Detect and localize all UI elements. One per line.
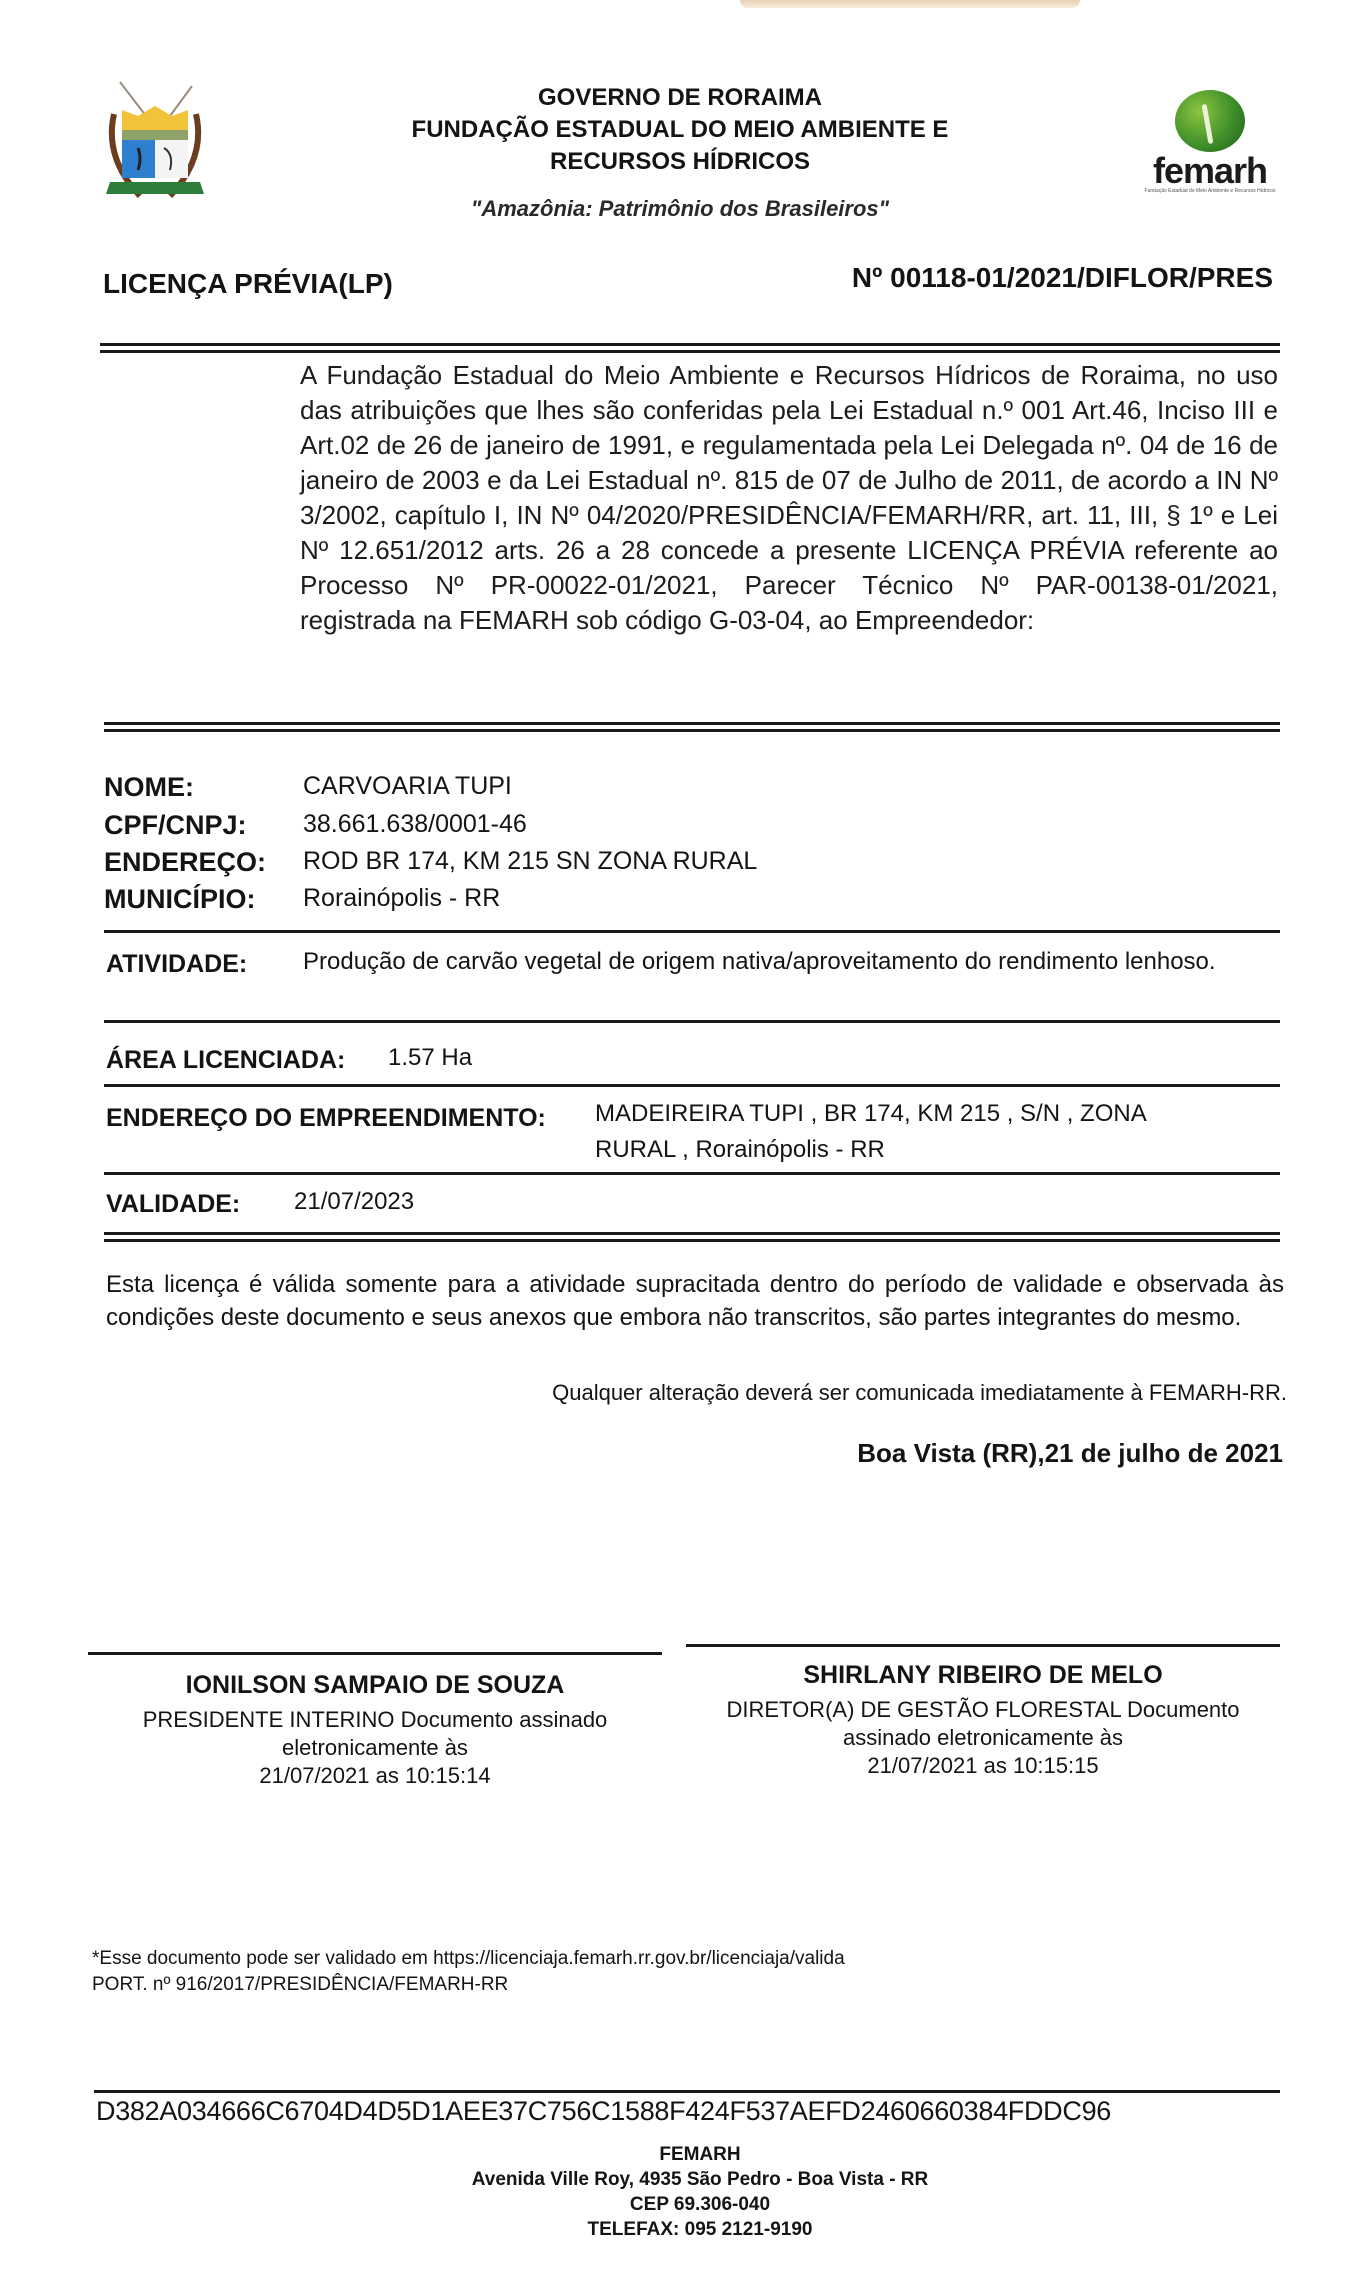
cnpj-label: CPF/CNPJ:: [104, 810, 247, 841]
header-motto: "Amazônia: Patrimônio dos Brasileiros": [300, 196, 1060, 222]
logo-wordmark: femarh: [1140, 154, 1280, 188]
place-and-date: Boa Vista (RR),21 de julho de 2021: [857, 1438, 1283, 1469]
license-number: Nº 00118-01/2021/DIFLOR/PRES: [852, 262, 1273, 294]
footer-phone: TELEFAX: 095 2121-9190: [400, 2217, 1000, 2242]
signer-name: IONILSON SAMPAIO DE SOUZA: [88, 1668, 662, 1702]
conditions-paragraph: Esta licença é válida somente para a ati…: [106, 1268, 1284, 1334]
intro-paragraph: A Fundação Estadual do Meio Ambiente e R…: [300, 358, 1278, 638]
validation-footnote: *Esse documento pode ser validado em htt…: [92, 1946, 845, 1998]
footer-org: FEMARH: [400, 2142, 1000, 2167]
header-government: GOVERNO DE RORAIMA: [300, 82, 1060, 114]
license-title: LICENÇA PRÉVIA(LP): [103, 268, 393, 300]
area-label: ÁREA LICENCIADA:: [106, 1046, 345, 1075]
change-notice: Qualquer alteração deverá ser comunicada…: [552, 1380, 1287, 1406]
paper-edge-scrap: [740, 0, 1080, 8]
city-label: MUNICÍPIO:: [104, 884, 256, 915]
signature-block-director: SHIRLANY RIBEIRO DE MELO DIRETOR(A) DE G…: [686, 1658, 1280, 1780]
divider-double: [100, 343, 1280, 346]
femarh-leaf-logo-icon: [1175, 90, 1245, 152]
address-value: ROD BR 174, KM 215 SN ZONA RURAL: [303, 847, 757, 876]
signer-name: SHIRLANY RIBEIRO DE MELO: [686, 1658, 1280, 1692]
name-value: CARVOARIA TUPI: [303, 772, 512, 801]
name-label: NOME:: [104, 772, 194, 803]
divider: [94, 2090, 1280, 2093]
city-value: Rorainópolis - RR: [303, 884, 500, 913]
signer-signed-text: eletronicamente às: [88, 1734, 662, 1762]
divider-double: [104, 722, 1280, 725]
signature-block-president: IONILSON SAMPAIO DE SOUZA PRESIDENTE INT…: [88, 1668, 662, 1790]
site-address-value-line2: RURAL , Rorainópolis - RR: [595, 1136, 885, 1164]
area-value: 1.57 Ha: [388, 1044, 472, 1072]
divider: [104, 1084, 1280, 1087]
divider: [104, 1172, 1280, 1175]
signature-line: [686, 1644, 1280, 1647]
site-address-label: ENDEREÇO DO EMPREENDIMENTO:: [106, 1104, 546, 1133]
footer-street: Avenida Ville Roy, 4935 São Pedro - Boa …: [400, 2167, 1000, 2192]
divider: [104, 930, 1280, 933]
header-foundation: FUNDAÇÃO ESTADUAL DO MEIO AMBIENTE E: [300, 114, 1060, 146]
roraima-coat-of-arms-icon: [100, 78, 210, 206]
footer-cep: CEP 69.306-040: [400, 2192, 1000, 2217]
logo-subtitle: Fundação Estadual do Meio Ambiente e Rec…: [1140, 188, 1280, 194]
validity-label: VALIDADE:: [106, 1190, 240, 1219]
signer-signed-text: assinado eletronicamente às: [686, 1724, 1280, 1752]
header-foundation-cont: RECURSOS HÍDRICOS: [300, 146, 1060, 178]
femarh-logo: femarh Fundação Estadual do Meio Ambient…: [1140, 90, 1280, 210]
address-label: ENDEREÇO:: [104, 847, 266, 878]
cnpj-value: 38.661.638/0001-46: [303, 810, 527, 839]
activity-value: Produção de carvão vegetal de origem nat…: [303, 944, 1253, 979]
signer-timestamp: 21/07/2021 as 10:15:14: [88, 1762, 662, 1790]
signature-line: [88, 1652, 662, 1655]
site-address-value-line1: MADEIREIRA TUPI , BR 174, KM 215 , S/N ,…: [595, 1100, 1147, 1128]
activity-label: ATIVIDADE:: [106, 950, 247, 979]
signer-role: DIRETOR(A) DE GESTÃO FLORESTAL Documento: [686, 1696, 1280, 1724]
document-hash: D382A034666C6704D4D5D1AEE37C756C1588F424…: [96, 2096, 1111, 2127]
signer-role: PRESIDENTE INTERINO Documento assinado: [88, 1706, 662, 1734]
validity-value: 21/07/2023: [294, 1188, 414, 1216]
signer-timestamp: 21/07/2021 as 10:15:15: [686, 1752, 1280, 1780]
footer-address: FEMARH Avenida Ville Roy, 4935 São Pedro…: [400, 2142, 1000, 2242]
validation-url-text: *Esse documento pode ser validado em htt…: [92, 1946, 845, 1972]
divider: [104, 1020, 1280, 1023]
divider-double: [104, 1232, 1280, 1235]
portaria-text: PORT. nº 916/2017/PRESIDÊNCIA/FEMARH-RR: [92, 1972, 845, 1998]
